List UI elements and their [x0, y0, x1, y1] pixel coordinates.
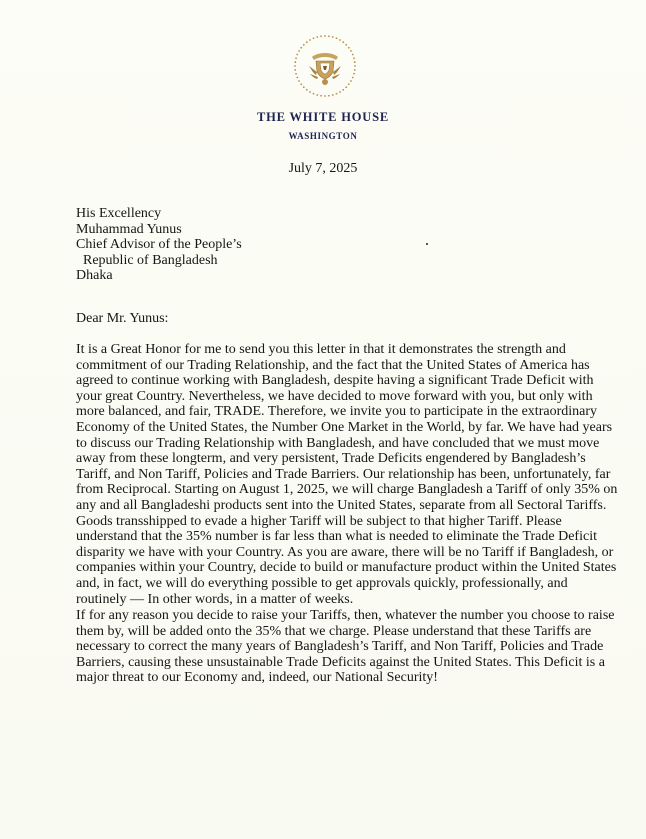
- body-line: agreed to continue working with Banglade…: [76, 373, 596, 389]
- body-line: more balanced, and fair, TRADE. Therefor…: [76, 404, 596, 420]
- body-paragraph-2: If for any reason you decide to raise yo…: [76, 608, 596, 686]
- recipient-line: His Excellency: [76, 206, 242, 222]
- recipient-line: Dhaka: [76, 268, 242, 284]
- recipient-line: Republic of Bangladesh: [76, 253, 242, 269]
- body-line: disparity we have with your Country. As …: [76, 545, 596, 561]
- salutation: Dear Mr. Yunus:: [76, 311, 168, 327]
- body-line: from Reciprocal. Starting on August 1, 2…: [76, 482, 596, 498]
- body-line: If for any reason you decide to raise yo…: [76, 608, 596, 624]
- body-line: and, in fact, we will do everything poss…: [76, 576, 596, 592]
- body-line: any and all Bangladeshi products sent in…: [76, 498, 596, 514]
- letterhead-title: THE WHITE HOUSE: [0, 110, 646, 125]
- body-line: commitment of our Trading Relationship, …: [76, 358, 596, 374]
- body-line: companies within your Country, decide to…: [76, 560, 596, 576]
- body-line: major threat to our Economy and, indeed,…: [76, 670, 596, 686]
- letterhead-location: WASHINGTON: [0, 131, 646, 141]
- body-line: Barriers, causing these unsustainable Tr…: [76, 655, 596, 671]
- presidential-seal-icon: [292, 33, 358, 99]
- body-line: to discuss our Trading Relationship with…: [76, 436, 596, 452]
- body-line: them by, will be added onto the 35% that…: [76, 624, 596, 640]
- body-line: Economy of the United States, the Number…: [76, 420, 596, 436]
- body-line: It is a Great Honor for me to send you t…: [76, 342, 596, 358]
- recipient-line: Muhammad Yunus: [76, 222, 242, 238]
- body-line: away from these longterm, and very persi…: [76, 451, 596, 467]
- recipient-line: Chief Advisor of the People’s: [76, 237, 242, 253]
- letter-page: THE WHITE HOUSE WASHINGTON July 7, 2025 …: [0, 0, 646, 839]
- letter-date: July 7, 2025: [0, 161, 646, 177]
- scan-speck: [426, 243, 428, 245]
- body-paragraph-1: It is a Great Honor for me to send you t…: [76, 342, 596, 607]
- body-line: necessary to correct the many years of B…: [76, 639, 596, 655]
- body-line: Goods transshipped to evade a higher Tar…: [76, 514, 596, 530]
- body-line: Tariff, and Non Tariff, Policies and Tra…: [76, 467, 596, 483]
- body-line: your great Country. Nevertheless, we hav…: [76, 389, 596, 405]
- body-line: understand that the 35% number is far le…: [76, 529, 596, 545]
- recipient-address: His Excellency Muhammad Yunus Chief Advi…: [76, 206, 242, 284]
- body-line: routinely — In other words, in a matter …: [76, 592, 596, 608]
